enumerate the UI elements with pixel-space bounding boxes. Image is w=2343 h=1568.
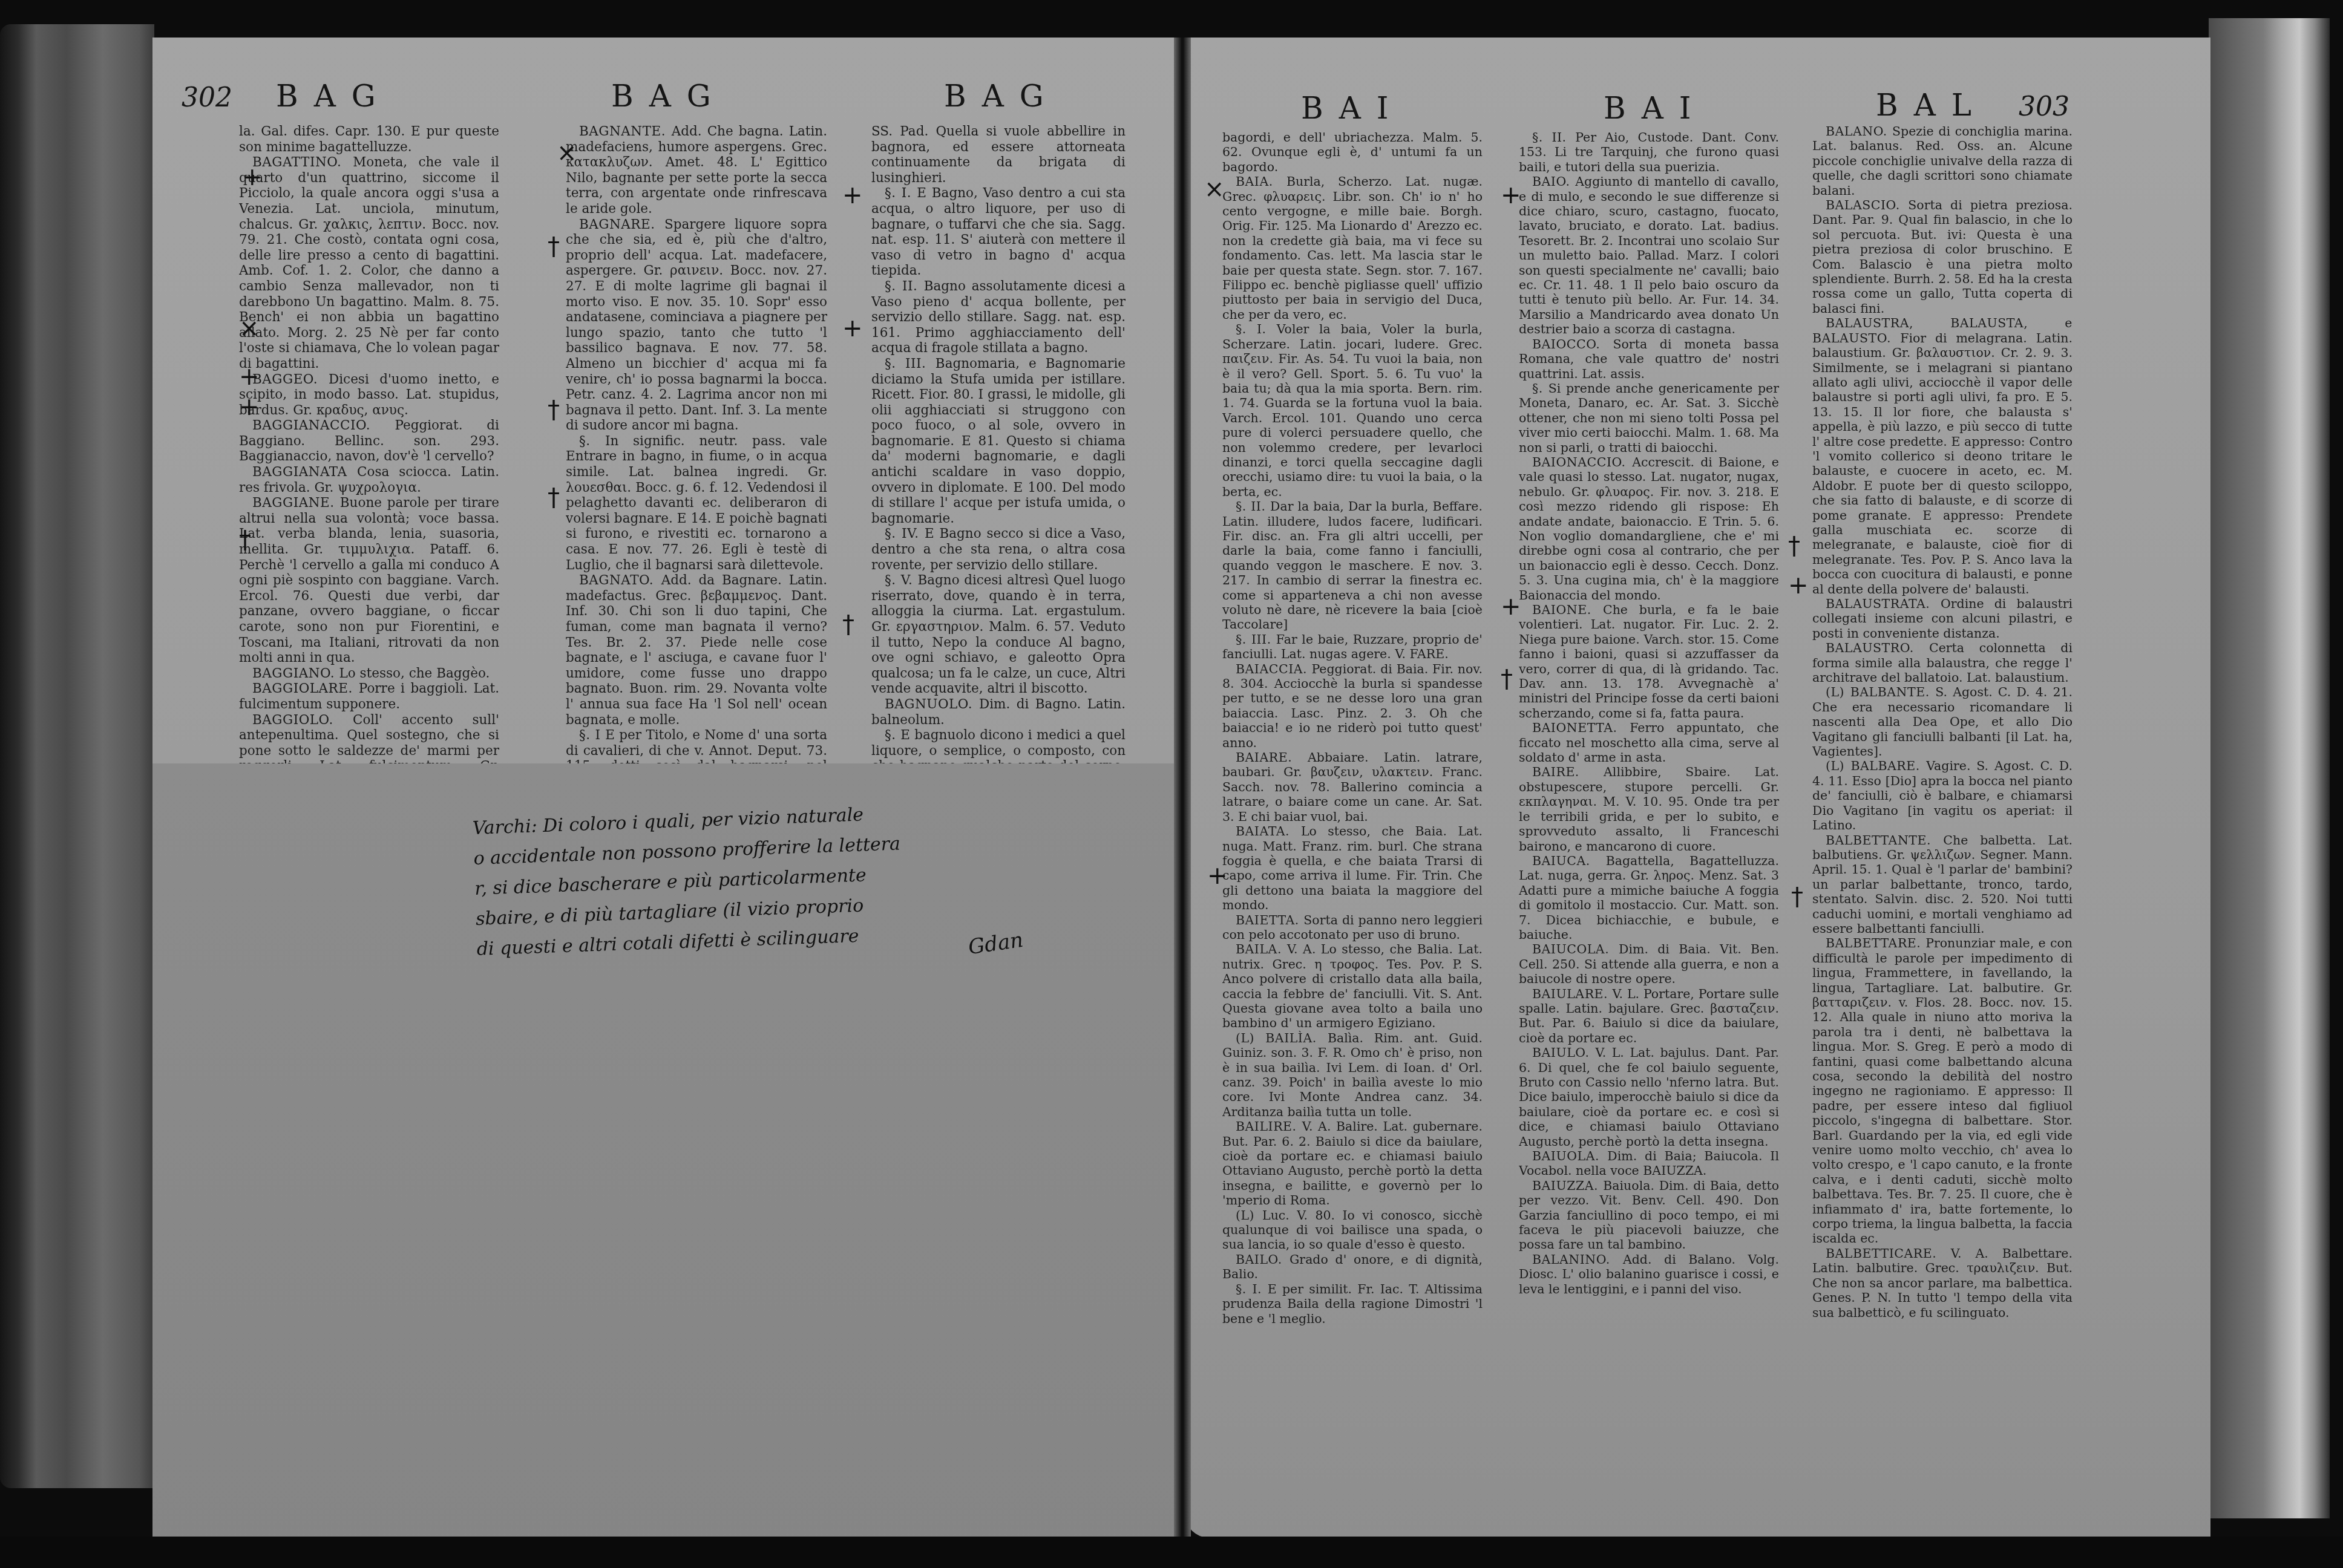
entry-headword: BAGNANTE. bbox=[579, 124, 672, 139]
left-column-3: SS. Pad. Quella si vuole abbellire in ba… bbox=[871, 124, 1126, 763]
entry-headword: BAIUZZA. bbox=[1532, 1178, 1603, 1193]
margin-cross-mark: † bbox=[548, 396, 560, 424]
book-fore-edge-left bbox=[0, 24, 154, 1488]
margin-cross-mark: × bbox=[239, 315, 260, 342]
page-number-left: 302 bbox=[182, 82, 232, 113]
dictionary-entry: BALBEZZARE. Balbettare, Balbuz- bbox=[1812, 1320, 2073, 1322]
margin-cross-mark: + bbox=[842, 181, 863, 209]
entry-headword: BAIRE. bbox=[1532, 765, 1604, 779]
entry-headword: BAIONETTA. bbox=[1532, 720, 1630, 735]
dictionary-entry: §. I. E Bagno, Vaso dentro a cui sta acq… bbox=[871, 186, 1126, 279]
dictionary-entry: §. IV. E Bagno secco si dice a Vaso, den… bbox=[871, 526, 1126, 573]
margin-cross-mark: † bbox=[1501, 665, 1513, 693]
dictionary-entry: BAIRE. Allibbire, Sbaire. Lat. obstupesc… bbox=[1519, 765, 1779, 853]
dictionary-entry: BAIONACCIO. Accrescit. di Baione, e vale… bbox=[1519, 455, 1779, 603]
margin-cross-mark: + bbox=[1207, 862, 1228, 890]
entry-headword: §. bbox=[885, 728, 900, 743]
book-fore-edge-right bbox=[2209, 18, 2330, 1518]
dictionary-entry: (L) BALBANTE. S. Agost. C. D. 4. 21. Che… bbox=[1812, 685, 2073, 759]
entry-text: Aggiunto di mantello di cavallo, e di mu… bbox=[1519, 174, 1779, 336]
dictionary-entry: BAIATA. Lo stesso, che Baia. Lat. nuga. … bbox=[1222, 824, 1483, 912]
dictionary-entry: BAIULARE. V. L. Portare, Portare sulle s… bbox=[1519, 987, 1779, 1046]
entry-text: In signific. neutr. pass. vale Entrare i… bbox=[566, 434, 827, 573]
entry-headword: BALBETTARE. bbox=[1826, 936, 1925, 950]
dictionary-entry: §. III. Bagnomaria, e Bagnomarie diciamo… bbox=[871, 356, 1126, 527]
entry-headword: (L) BALBANTE. bbox=[1826, 685, 1935, 699]
book-gutter bbox=[1174, 38, 1191, 1544]
dictionary-entry: BALANO. Spezie di conchiglia marina. Lat… bbox=[1812, 124, 2073, 198]
entry-text: Che balbetta. Lat. balbutiens. Gr. ψελλι… bbox=[1812, 833, 2073, 936]
margin-cross-mark: + bbox=[239, 363, 260, 391]
entry-headword: BALASCIO. bbox=[1826, 198, 1908, 212]
dictionary-entry: BAILA. V. A. Lo stesso, che Balia. Lat. … bbox=[1222, 942, 1483, 1030]
dictionary-entry: BAGGIOLO. Coll' accento sull' antepenult… bbox=[239, 713, 499, 763]
margin-cross-mark: + bbox=[1501, 593, 1521, 621]
dictionary-entry: BAGGIANATA Cosa sciocca. Latin. res friv… bbox=[239, 465, 499, 495]
left-running-head-1: 302 BAG bbox=[182, 79, 392, 114]
entry-headword: §. III. bbox=[885, 356, 936, 371]
entry-headword: BAGGIANO. bbox=[252, 666, 339, 681]
dictionary-entry: (L) BAILÌA. Balìa. Rim. ant. Guid. Guini… bbox=[1222, 1031, 1483, 1119]
dictionary-entry: BAIOCCO. Sorta di moneta bassa Romana, c… bbox=[1519, 337, 1779, 381]
dictionary-entry: BAGNARE. Spargere liquore sopra che che … bbox=[566, 217, 827, 434]
margin-cross-mark: × bbox=[1204, 175, 1225, 203]
entry-headword: BAGGIANE. bbox=[252, 495, 340, 511]
dictionary-entry: (L) BALBARE. Vagire. S. Agost. C. D. 4. … bbox=[1812, 759, 2073, 832]
dictionary-entry: BAIUCA. Bagattella, Bagattelluzza. Lat. … bbox=[1519, 854, 1779, 942]
entry-text: la. Gal. difes. Capr. 130. E pur queste … bbox=[239, 124, 499, 155]
dictionary-entry: BALAUSTRATA. Ordine di balaustri collega… bbox=[1812, 596, 2073, 641]
dictionary-entry: BAGATTINO. Moneta, che vale il quarto d'… bbox=[239, 155, 499, 371]
entry-headword: §. II. bbox=[885, 279, 924, 294]
entry-headword: §. IV. bbox=[885, 526, 925, 541]
right-running-head-1: BAI bbox=[1301, 91, 1404, 126]
entry-headword: §. II. bbox=[1236, 499, 1270, 514]
entry-headword: §. I. bbox=[1236, 322, 1277, 336]
dictionary-entry: BAIONE. Che burla, e fa le baie volentie… bbox=[1519, 603, 1779, 720]
dictionary-entry: SS. Pad. Quella si vuole abbellire in ba… bbox=[871, 124, 1126, 186]
entry-text: Che burla, e fa le baie volentieri. Lat.… bbox=[1519, 603, 1779, 720]
entry-headword: §. III. bbox=[1236, 632, 1276, 647]
dictionary-entry: BALBETTARE. Pronunziar male, e con diffi… bbox=[1812, 936, 2073, 1246]
entry-text: V. L. Lat. bajulus. Dant. Par. 6. Di que… bbox=[1519, 1045, 1779, 1148]
dictionary-entry: BAGGIANE. Buone parole per tirare altrui… bbox=[239, 495, 499, 666]
dictionary-entry: §. II. Bagno assolutamente dicesi a Vaso… bbox=[871, 279, 1126, 356]
dictionary-entry: BALANINO. Add. di Balano. Volg. Diosc. L… bbox=[1519, 1252, 1779, 1296]
entry-headword: BALANINO. bbox=[1532, 1252, 1623, 1267]
dictionary-entry: BAGGEO. Dicesi d'uomo inetto, e scipito,… bbox=[239, 372, 499, 419]
entry-text: Bagnomaria, e Bagnomarie diciamo la Stuf… bbox=[871, 356, 1126, 526]
entry-headword: BAIARE. bbox=[1236, 750, 1308, 765]
entry-text: Spargere liquore sopra che che sia, ed è… bbox=[566, 217, 827, 434]
dictionary-entry: BAGGIOLARE. Porre i baggioli. Lat. fulci… bbox=[239, 681, 499, 712]
dictionary-entry: BAIETTA. Sorta di panno nero leggieri co… bbox=[1222, 913, 1483, 942]
right-column-3: BALANO. Spezie di conchiglia marina. Lat… bbox=[1812, 124, 2073, 1322]
dictionary-entry: BALAUSTRA, BALAUSTA, e BALAUSTO. Fior di… bbox=[1812, 316, 2073, 596]
dictionary-entry: BAIA. Burla, Scherzo. Lat. nugæ. Grec. φ… bbox=[1222, 174, 1483, 322]
entry-text: Buone parole per tirare altrui nella sua… bbox=[239, 495, 499, 665]
margin-cross-mark: × bbox=[557, 139, 577, 167]
dictionary-entry: BAILO. Grado d' onore, e di dignità, Bal… bbox=[1222, 1252, 1483, 1282]
entry-text: Fior di melagrana. Latin. balaustium. Gr… bbox=[1812, 331, 2073, 596]
entry-headword: BAIUCOLA. bbox=[1532, 942, 1619, 956]
entry-headword: BAIUOLA. bbox=[1532, 1149, 1607, 1163]
entry-headword: §. bbox=[1532, 381, 1548, 396]
scan-bottom-border bbox=[0, 1537, 2343, 1568]
margin-cross-mark: † bbox=[842, 611, 854, 639]
dictionary-entry: BAIACCIA. Peggiorat. di Baia. Fir. nov. … bbox=[1222, 662, 1483, 750]
entry-headword: BAIATA. bbox=[1236, 824, 1301, 838]
entry-headword: BAGGIANATA bbox=[252, 465, 357, 480]
dictionary-entry: BALAUSTRO. Certa colonnetta di forma sim… bbox=[1812, 641, 2073, 685]
entry-headword: BAIACCIA. bbox=[1236, 662, 1311, 676]
entry-headword: (L) BALBARE. bbox=[1826, 759, 1926, 773]
right-running-head-3: BAL 303 bbox=[1876, 88, 2069, 123]
dictionary-entry: §. II. Dar la baia, Dar la burla, Beffar… bbox=[1222, 499, 1483, 632]
left-column-2: BAGNANTE. Add. Che bagna. Latin. madefac… bbox=[566, 124, 827, 763]
entry-headword: BAGATTINO. bbox=[252, 155, 353, 170]
entry-text: Balbettare, Balbuz- bbox=[1926, 1320, 2048, 1322]
dictionary-entry: §. In signific. neutr. pass. vale Entrar… bbox=[566, 434, 827, 573]
entry-headword: BALBETTANTE. bbox=[1826, 833, 1943, 848]
entry-headword: BAGGIOLO. bbox=[252, 713, 353, 728]
margin-cross-mark: + bbox=[242, 163, 263, 191]
right-column-1: bagordi, e dell' ubriachezza. Malm. 5. 6… bbox=[1222, 130, 1483, 1328]
entry-headword: (L) bbox=[1236, 1208, 1262, 1223]
entry-headword: BAILO. bbox=[1236, 1252, 1289, 1267]
entry-headword: BALBEZZARE. bbox=[1826, 1320, 1926, 1322]
dictionary-entry: BAGGIANO. Lo stesso, che Baggèo. bbox=[239, 666, 499, 682]
margin-cross-mark: + bbox=[1501, 181, 1521, 209]
dictionary-entry: BAILIRE. V. A. Balire. Lat. gubernare. B… bbox=[1222, 1119, 1483, 1207]
page-number-right: 303 bbox=[2019, 91, 2069, 122]
right-running-head-2: BAI bbox=[1604, 91, 1707, 126]
entry-headword: BAGGIOLARE. bbox=[252, 681, 359, 696]
dictionary-entry: BAIO. Aggiunto di mantello di cavallo, e… bbox=[1519, 174, 1779, 336]
dictionary-entry: §. II. Per Aio, Custode. Dant. Conv. 153… bbox=[1519, 130, 1779, 174]
dictionary-entry: BAIUOLA. Dim. di Baia; Baiucola. Il Voca… bbox=[1519, 1149, 1779, 1178]
entry-headword: BAGGEO. bbox=[252, 372, 329, 387]
entry-headword: BAIO. bbox=[1532, 174, 1575, 189]
entry-headword: BAIULARE. bbox=[1532, 987, 1612, 1001]
entry-headword: BAIONE. bbox=[1532, 603, 1603, 617]
entry-text: bagordi, e dell' ubriachezza. Malm. 5. 6… bbox=[1222, 130, 1483, 174]
entry-headword: BAGGIANACCIO. bbox=[252, 418, 395, 433]
entry-headword: (L) BAILÌA. bbox=[1236, 1031, 1328, 1045]
entry-text: Accrescit. di Baione, e vale quasi lo st… bbox=[1519, 455, 1779, 603]
entry-text: E bagnuolo dicono i medici a quel liquor… bbox=[871, 728, 1126, 763]
margin-cross-mark: † bbox=[548, 233, 560, 261]
dictionary-entry: §. I E per Titolo, e Nome d' una sorta d… bbox=[566, 728, 827, 763]
dictionary-entry: §. I. E per similit. Fr. Iac. T. Altissi… bbox=[1222, 1282, 1483, 1326]
left-running-head-2: BAG bbox=[611, 79, 727, 114]
entry-headword: §. V. bbox=[885, 573, 917, 588]
margin-cross-mark: † bbox=[239, 526, 251, 554]
dictionary-entry: §. Si prende anche genericamente per Mon… bbox=[1519, 381, 1779, 455]
entry-text: Add. da Bagnare. Latin. madefactus. Grec… bbox=[566, 573, 827, 727]
entry-headword: BALANO. bbox=[1826, 124, 1892, 139]
entry-headword: BAIULO. bbox=[1532, 1045, 1596, 1060]
entry-text: Bagno dicesi altresì Quel luogo riserrat… bbox=[871, 573, 1126, 696]
entry-text: SS. Pad. Quella si vuole abbellire in ba… bbox=[871, 124, 1126, 186]
left-running-head-3: BAG bbox=[944, 79, 1060, 114]
entry-headword: §. I. bbox=[885, 186, 917, 201]
dictionary-entry: (L) Luc. V. 80. Io vi conosco, sicchè qu… bbox=[1222, 1208, 1483, 1252]
margin-cross-mark: † bbox=[1791, 883, 1803, 911]
entry-headword: BALAUSTRATA. bbox=[1826, 596, 1941, 611]
entry-headword: BAGNARE. bbox=[579, 217, 664, 232]
dictionary-entry: BAGNUOLO. Dim. di Bagno. Latin. balneolu… bbox=[871, 697, 1126, 728]
dictionary-entry: §. III. Far le baie, Ruzzare, proprio de… bbox=[1222, 632, 1483, 662]
entry-headword: §. I. bbox=[1236, 1282, 1268, 1296]
right-column-2: §. II. Per Aio, Custode. Dant. Conv. 153… bbox=[1519, 130, 1779, 1328]
entry-headword: §. I bbox=[579, 728, 605, 743]
entry-text: Sorta di pietra preziosa. Dant. Par. 9. … bbox=[1812, 198, 2073, 316]
left-column-1: la. Gal. difes. Capr. 130. E pur queste … bbox=[239, 124, 499, 763]
entry-text: Voler la baia, Voler la burla, Scherzare… bbox=[1222, 322, 1483, 498]
dictionary-entry: BALBETTANTE. Che balbetta. Lat. balbutie… bbox=[1812, 833, 2073, 936]
entry-headword: BAILIRE. bbox=[1236, 1119, 1302, 1134]
margin-cross-mark: + bbox=[239, 393, 260, 421]
dictionary-entry: BAIULO. V. L. Lat. bajulus. Dant. Par. 6… bbox=[1519, 1045, 1779, 1149]
entry-text: E per Titolo, e Nome d' una sorta di cav… bbox=[566, 728, 827, 763]
entry-headword: §. II. bbox=[1532, 130, 1575, 145]
dictionary-entry: BAIONETTA. Ferro appuntato, che ficcato … bbox=[1519, 720, 1779, 765]
dictionary-entry: bagordi, e dell' ubriachezza. Malm. 5. 6… bbox=[1222, 130, 1483, 174]
margin-cross-mark: † bbox=[1788, 532, 1800, 560]
dictionary-entry: BAGGIANACCIO. Peggiorat. di Baggiano. Be… bbox=[239, 418, 499, 465]
entry-headword: BAIOCCO. bbox=[1532, 337, 1613, 351]
dictionary-entry: BAIUCOLA. Dim. di Baia. Vit. Ben. Cell. … bbox=[1519, 942, 1779, 986]
dictionary-entry: §. I. Voler la baia, Voler la burla, Sch… bbox=[1222, 322, 1483, 499]
entry-headword: BAIUCA. bbox=[1532, 854, 1606, 868]
dictionary-entry: BALASCIO. Sorta di pietra preziosa. Dant… bbox=[1812, 198, 2073, 316]
margin-cross-mark: † bbox=[548, 484, 560, 512]
entry-headword: BAILA. bbox=[1236, 942, 1287, 956]
entry-text: Lo stesso, che Baggèo. bbox=[339, 666, 490, 681]
margin-cross-mark: + bbox=[842, 315, 863, 342]
dictionary-entry: BAIUZZA. Baiuola. Dim. di Baia, detto pe… bbox=[1519, 1178, 1779, 1252]
entry-headword: BAGNUOLO. bbox=[885, 697, 979, 712]
dictionary-entry: BAGNATO. Add. da Bagnare. Latin. madefac… bbox=[566, 573, 827, 728]
entry-text: Burla, Scherzo. Lat. nugæ. Grec. φλυαρει… bbox=[1222, 174, 1483, 322]
entry-headword: BALBETTICARE. bbox=[1826, 1246, 1951, 1261]
entry-text: Moneta, che vale il quarto d'un quattrin… bbox=[239, 155, 499, 371]
dictionary-entry: la. Gal. difes. Capr. 130. E pur queste … bbox=[239, 124, 499, 155]
dictionary-entry: BALBETTICARE. V. A. Balbettare. Latin. b… bbox=[1812, 1246, 2073, 1320]
dictionary-entry: BAIARE. Abbaiare. Latin. latrare, baubar… bbox=[1222, 750, 1483, 824]
dictionary-entry: §. E bagnuolo dicono i medici a quel liq… bbox=[871, 728, 1126, 763]
entry-headword: BAGNATO. bbox=[579, 573, 661, 588]
entry-headword: BAIA. bbox=[1236, 174, 1286, 189]
entry-headword: BAIETTA. bbox=[1236, 913, 1303, 927]
entry-text: Pronunziar male, e con difficultà le par… bbox=[1812, 936, 2073, 1246]
margin-cross-mark: + bbox=[1788, 572, 1809, 599]
dictionary-entry: §. V. Bagno dicesi altresì Quel luogo ri… bbox=[871, 573, 1126, 697]
entry-text: Dar la baia, Dar la burla, Beffare. Lati… bbox=[1222, 499, 1483, 632]
entry-headword: BALAUSTRO. bbox=[1826, 641, 1929, 655]
entry-headword: BAIONACCIO. bbox=[1532, 455, 1632, 469]
entry-text: Si prende anche genericamente per Moneta… bbox=[1519, 381, 1779, 455]
entry-headword: §. bbox=[579, 434, 605, 449]
dictionary-entry: BAGNANTE. Add. Che bagna. Latin. madefac… bbox=[566, 124, 827, 217]
